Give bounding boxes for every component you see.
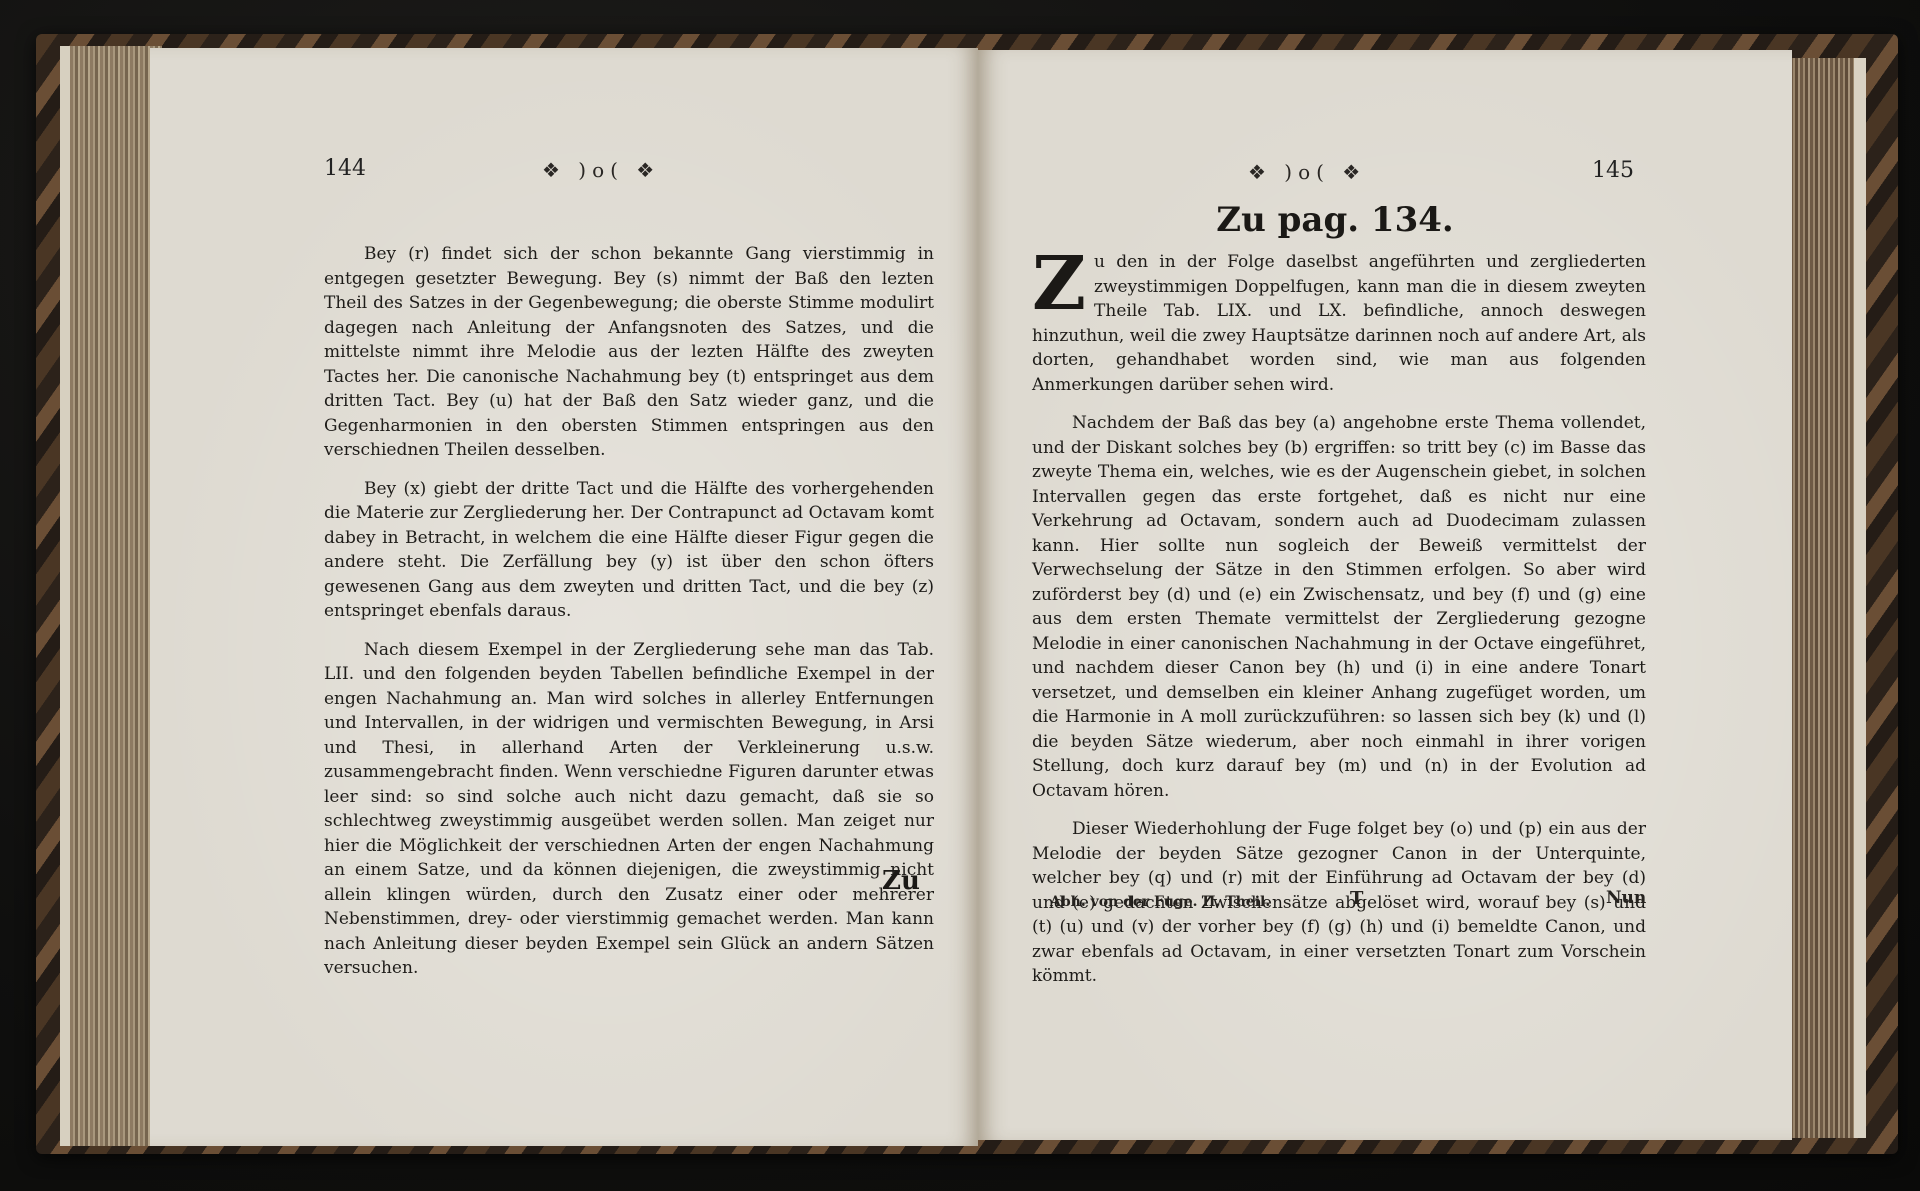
section-heading: Zu pag. 134. <box>928 200 1742 240</box>
catchword: Nun <box>1606 888 1646 908</box>
left-page: 144 ❖ )o( ❖ Bey (r) findet sich der scho… <box>150 48 978 1146</box>
right-page-body: Zu den in der Folge daselbst angeführten… <box>1032 250 1646 989</box>
paragraph: Bey (r) findet sich der schon bekannte G… <box>324 242 934 463</box>
page-number: 144 <box>324 156 366 181</box>
paragraph: Nachdem der Baß das bey (a) angehobne er… <box>1032 411 1646 803</box>
header-ornament-icon: ❖ )o( ❖ <box>1248 160 1366 184</box>
paragraph-text: u den in der Folge daselbst angeführten … <box>1032 252 1646 395</box>
opening-paragraph: Zu den in der Folge daselbst angeführten… <box>1032 250 1646 397</box>
left-page-edges <box>60 46 162 1146</box>
paragraph: Bey (x) giebt der dritte Tact und die Hä… <box>324 477 934 624</box>
signature-mark: T <box>1350 888 1363 909</box>
header-ornament-icon: ❖ )o( ❖ <box>542 158 660 182</box>
catchword: Zu <box>882 866 920 896</box>
right-page-edges <box>1790 58 1866 1138</box>
page-number: 145 <box>1592 158 1634 183</box>
signature-title: Abh. von der Fuge. II. Theil. <box>1050 894 1270 910</box>
drop-cap: Z <box>1032 254 1086 314</box>
paragraph: Nach diesem Exempel in der Zergliederung… <box>324 638 934 981</box>
left-page-body: Bey (r) findet sich der schon bekannte G… <box>324 242 934 981</box>
right-page: ❖ )o( ❖ 145 Zu pag. 134. Zu den in der F… <box>978 50 1792 1140</box>
